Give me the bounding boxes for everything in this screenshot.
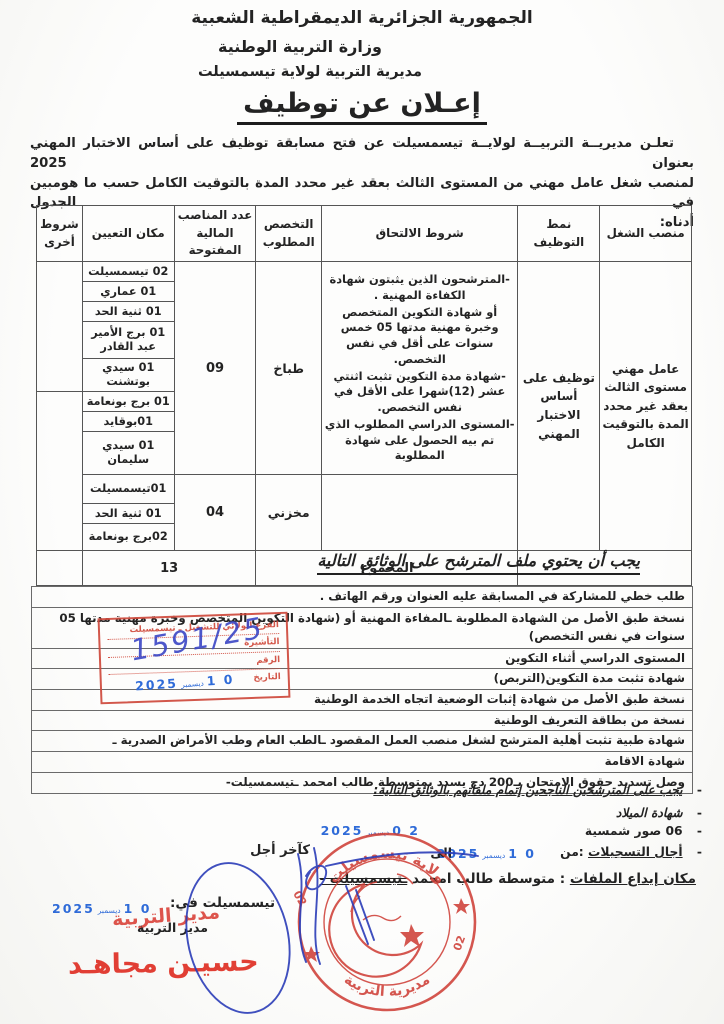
document-item: طلب خطي للمشاركة في المسابقة عليه العنوا…: [32, 587, 693, 608]
location-cell: 01 عماري: [82, 282, 174, 302]
deadline-label: أجال التسجيلات: [588, 845, 683, 859]
specialty-storekeeper-cell: مخزني: [256, 475, 322, 551]
location-cell: 01 سيدي سليمان: [82, 432, 174, 475]
document-row: طلب خطي للمشاركة في المسابقة عليه العنوا…: [32, 587, 693, 608]
page-title: إعـلان عن توظيف: [237, 88, 487, 125]
col-header-count: عدد المناصب المالية المفتوحة: [174, 206, 256, 262]
col-header-post: منصب الشغل: [600, 206, 692, 262]
location-cell: 01 برج بونعامة: [82, 392, 174, 412]
location-cell: 01 برج الأمير عبد القادر: [82, 322, 174, 359]
republic-header: الجمهورية الجزائرية الديمقراطية الشعبية: [0, 8, 724, 28]
document-item: نسخة من بطاقة التعريف الوطنية: [32, 710, 693, 731]
documents-heading: يجب أن يحتوي ملف المترشح على الوثائق الت…: [317, 551, 640, 575]
date-month: ديسمبر: [181, 679, 204, 690]
document-row: نسخة من بطاقة التعريف الوطنية: [32, 710, 693, 731]
date-day: 0 1: [206, 672, 235, 689]
total-other-cell: [37, 551, 83, 586]
total-value-cell: 13: [82, 551, 256, 586]
dash-bullet: -: [697, 845, 702, 859]
other-conditions-cell: [37, 392, 83, 551]
document-row: شهادة الاقامة: [32, 752, 693, 773]
dash-bullet: -: [697, 806, 702, 820]
handwritten-signature: [150, 836, 490, 1024]
mode-cell: توظيف على أساس الاختبار المهني: [518, 262, 600, 551]
followup-item-line: - شهادة الميلاد: [616, 806, 702, 820]
location-cell: 01 سيدي بوتشنت: [82, 359, 174, 392]
documents-heading-wrap: يجب أن يحتوي ملف المترشح على الوثائق الت…: [317, 551, 640, 575]
location-cell: 01 ثنية الحد: [82, 504, 174, 524]
deposit-place-label: مكان إيداع الملفات: [570, 871, 696, 887]
col-header-specialty: التخصص المطلوب: [256, 206, 322, 262]
deadline-from-word: :من: [560, 845, 584, 859]
scanned-job-announcement-document: الجمهورية الجزائرية الديمقراطية الشعبية …: [0, 0, 724, 1024]
location-cell: 01تيسمسيلت: [82, 475, 174, 504]
followup-item-line: - 06 صور شمسية: [585, 824, 702, 838]
location-cell: 01 ثنية الحد: [82, 302, 174, 322]
condition-item: أو شهادة التكوين المتخصص وخبرة مهنية مدت…: [324, 305, 516, 368]
condition-item: -المستوى الدراسي المطلوب الذي تم بيه الح…: [324, 417, 516, 464]
document-row: شهادة طبية تثبت أهلية المترشح لشغل منصب …: [32, 731, 693, 752]
count-cook-cell: 09: [174, 262, 256, 475]
col-header-location: مكان التعيين: [82, 206, 174, 262]
conditions-cell: -المترشحون الذين يثبتون شهادة الكفاءة ال…: [321, 262, 518, 475]
document-item: شهادة طبية تثبت أهلية المترشح لشغل منصب …: [32, 731, 693, 752]
followup-item: شهادة الميلاد: [616, 806, 683, 820]
location-cell: 02 تيسمسيلت: [82, 262, 174, 282]
colon: :: [560, 871, 565, 887]
intro-line-1: تعلـن مديريــة التربيــة لولايــة تيسمسي…: [30, 134, 694, 174]
title-wrap: إعـلان عن توظيف: [0, 88, 724, 125]
date-year: 2025: [52, 901, 95, 916]
date-year: 2025: [135, 675, 179, 693]
col-header-other: شروط أخرى: [37, 206, 83, 262]
dash-bullet: -: [697, 783, 702, 797]
condition-item: -المترشحون الذين يثبتون شهادة الكفاءة ال…: [324, 272, 516, 303]
followup-heading-line: - يجب على المترشحين الناجحين إتمام ملفات…: [373, 783, 702, 797]
date-day: 0 1: [508, 846, 536, 861]
registration-deadline-line: - أجال التسجيلات :من: [560, 845, 702, 859]
recruitment-table: منصب الشغل نمط التوظيف شروط الالتحاق الت…: [36, 205, 692, 586]
table-row: عامل مهني مستوى الثالث بعقد غير محدد الم…: [37, 262, 692, 282]
table-header-row: منصب الشغل نمط التوظيف شروط الالتحاق الت…: [37, 206, 692, 262]
followup-item: 06 صور شمسية: [585, 824, 683, 838]
location-cell: 02برج بونعامة: [82, 524, 174, 551]
dash-bullet: -: [697, 824, 702, 838]
followup-heading: يجب على المترشحين الناجحين إتمام ملفاتهم…: [373, 783, 682, 797]
col-header-mode: نمط التوظيف: [518, 206, 600, 262]
col-header-conditions: شروط الالتحاق: [321, 206, 518, 262]
count-storekeeper-cell: 04: [174, 475, 256, 551]
ministry-header: وزارة التربية الوطنية: [0, 37, 600, 56]
post-cell: عامل مهني مستوى الثالث بعقد غير محدد الم…: [600, 262, 692, 551]
condition-item: -شهادة مدة التكوين تثبت اثنتي عشر (12)شه…: [324, 369, 516, 416]
document-item: شهادة الاقامة: [32, 752, 693, 773]
directorate-header: مديرية التربية لولاية تيسمسيلت: [180, 64, 440, 80]
specialty-cook-cell: طباخ: [256, 262, 322, 475]
conditions-empty-cell: [321, 475, 518, 551]
location-cell: 01بوقايد: [82, 412, 174, 432]
other-conditions-cell: [37, 262, 83, 392]
